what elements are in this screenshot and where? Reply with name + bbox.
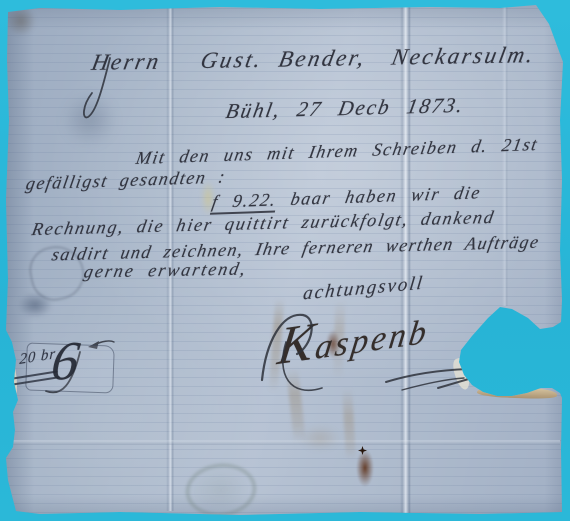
body-line-6: gerne erwartend,: [84, 259, 247, 283]
dark-corner-stain: [6, 6, 36, 36]
scan-background: Herrn Gust. Bender, Neckarsulm. Bühl, 27…: [0, 0, 570, 521]
letter-paper: Herrn Gust. Bender, Neckarsulm. Bühl, 27…: [0, 0, 570, 521]
postal-stamp-mark: [183, 460, 258, 519]
rust-spot-stain: [356, 449, 374, 487]
recipient-name: Gust. Bender,: [198, 45, 368, 74]
star-ink-dot: [358, 446, 367, 455]
body-line-1: Mit den uns mit Ihrem Schreiben d. 21st: [136, 134, 539, 169]
signature-underline-1: [386, 369, 468, 382]
underline-dash-a: [438, 378, 472, 388]
amount-rest: baar haben wir die: [289, 182, 483, 209]
recipient-place: Neckarsulm.: [390, 42, 538, 71]
brown-smudge: [300, 425, 340, 451]
dateline: Bühl, 27 Decb 1873.: [226, 93, 465, 124]
docket-figure: 6: [50, 329, 81, 393]
body-line-2: gefälligst gesandten :: [26, 167, 227, 195]
fold-crease-center: [400, 6, 411, 515]
salutation: Herrn: [89, 49, 163, 76]
amount-underlined: f 9.22.: [210, 189, 279, 214]
brown-streak-2: [286, 368, 306, 444]
brown-streak-4: [342, 388, 356, 460]
grey-smudge: [62, 92, 117, 147]
recipient-line: Herrn Gust. Bender, Neckarsulm.: [92, 42, 536, 76]
torn-edge-tan: [477, 386, 557, 400]
torn-edge-white: [450, 357, 472, 391]
docket-area: a 20 br 6: [0, 330, 140, 416]
horizontal-crease: [8, 440, 560, 445]
signature-underline-2: [402, 378, 464, 390]
ink-blob-stain: [12, 288, 58, 322]
